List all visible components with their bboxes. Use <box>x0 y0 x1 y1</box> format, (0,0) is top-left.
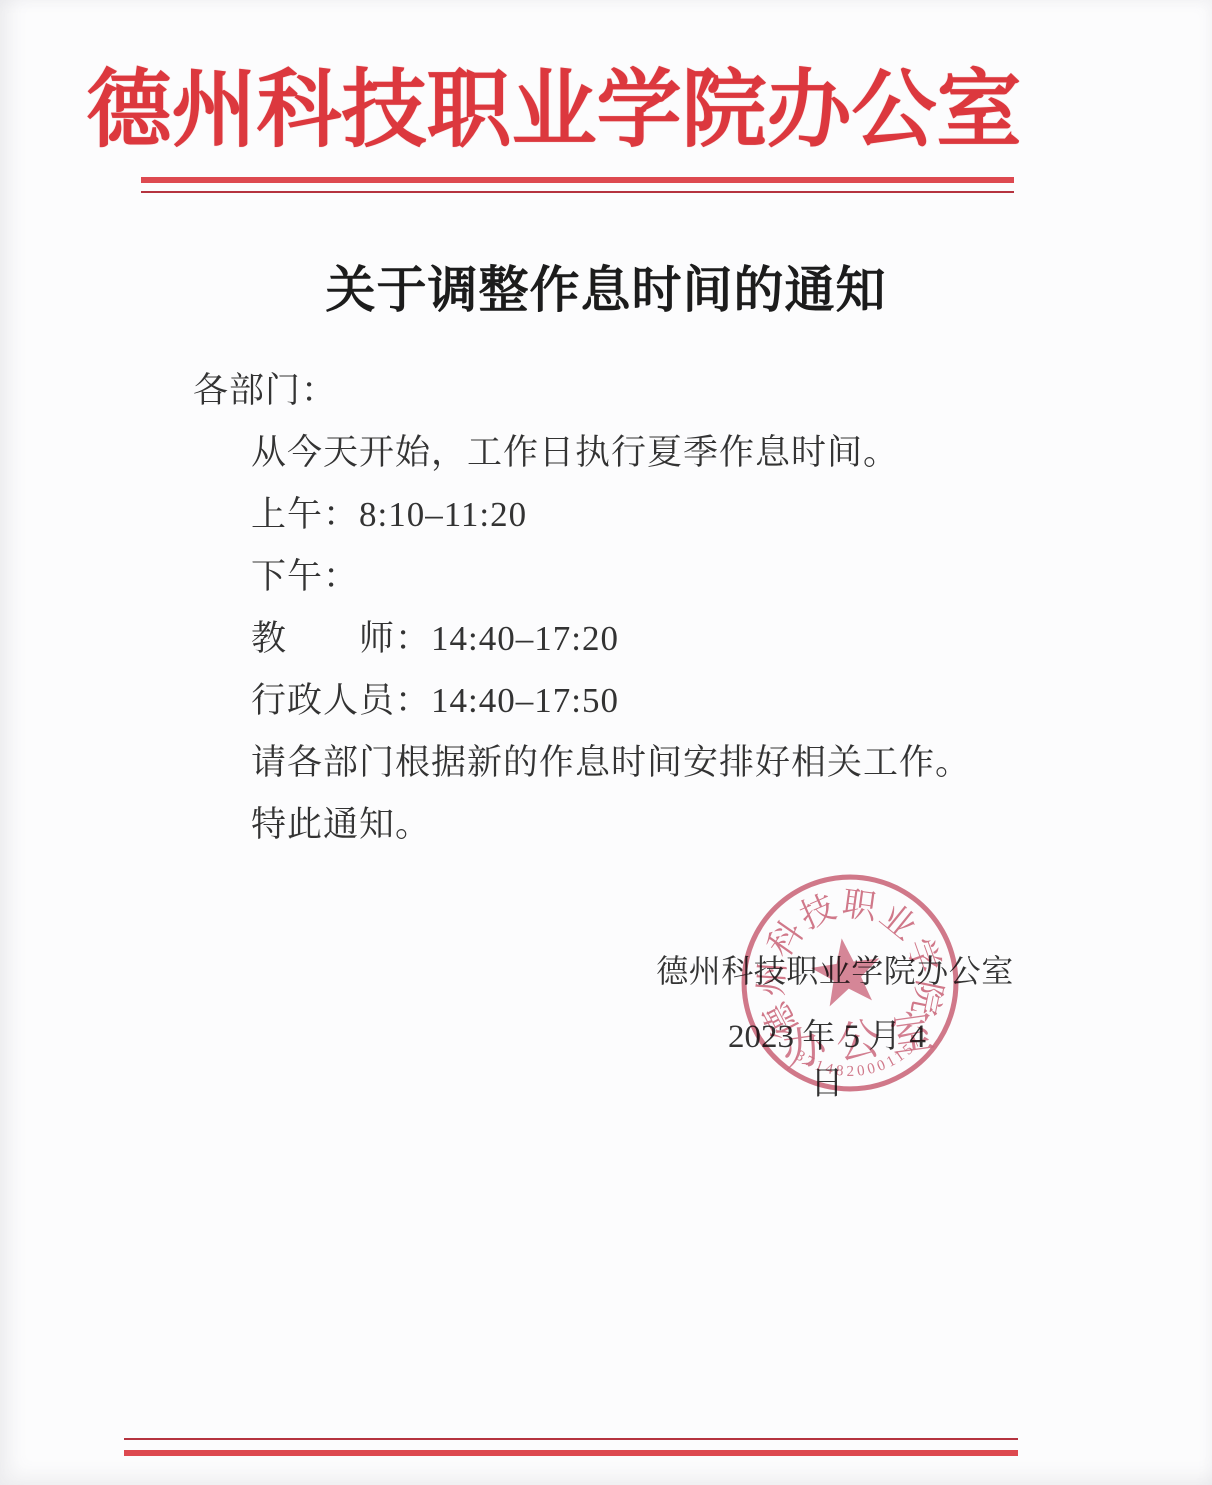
footer-divider-thick <box>124 1450 1018 1456</box>
body-line-admin-staff: 行政人员：14:40–17:50 <box>193 670 1033 732</box>
notice-body: 各部门： 从今天开始，工作日执行夏季作息时间。 上午：8:10–11:20 下午… <box>193 360 1033 856</box>
body-line-closing: 特此通知。 <box>193 794 1033 856</box>
body-line-afternoon: 下午： <box>193 546 1033 608</box>
body-line-teachers: 教 师：14:40–17:20 <box>193 608 1033 670</box>
official-seal-stamp: 德州科技职业学院 办公室 3714820001157 <box>721 854 979 1112</box>
header-divider-thin <box>141 191 1014 193</box>
body-line-request: 请各部门根据新的作息时间安排好相关工作。 <box>193 732 1033 794</box>
body-line-morning: 上午：8:10–11:20 <box>193 484 1033 546</box>
notice-document-page: 德州科技职业学院办公室 关于调整作息时间的通知 各部门： 从今天开始，工作日执行… <box>0 0 1212 1485</box>
body-line-salutation: 各部门： <box>193 360 1033 422</box>
header-divider-thick <box>141 177 1014 183</box>
star-icon <box>808 934 885 1009</box>
red-header-org-title: 德州科技职业学院办公室 <box>0 58 1134 164</box>
body-line-intro: 从今天开始，工作日执行夏季作息时间。 <box>193 422 1033 484</box>
footer-divider-thin <box>124 1438 1018 1440</box>
notice-title: 关于调整作息时间的通知 <box>0 250 1212 322</box>
